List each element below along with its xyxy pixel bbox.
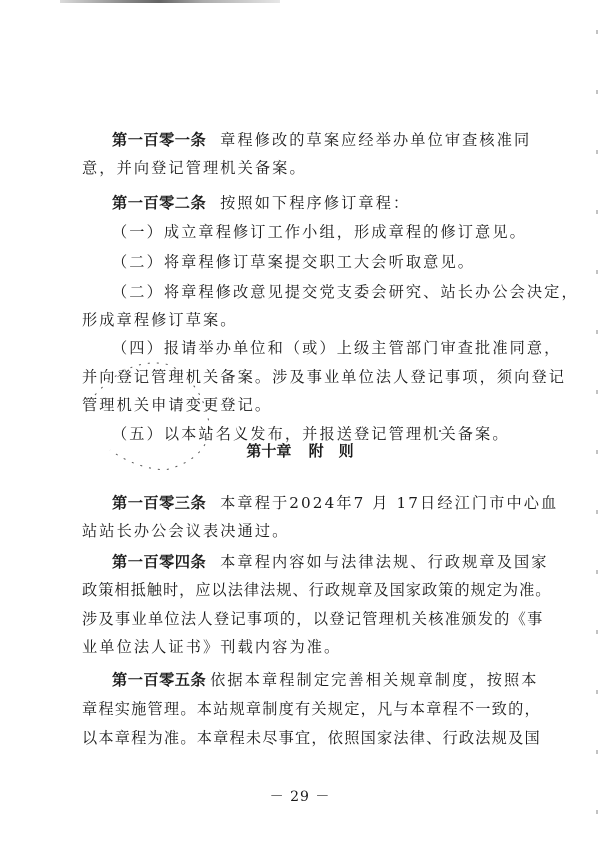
chapter-title: 附 则 xyxy=(309,442,354,460)
article-text: 依据本章程制定完善相关规章制度，按照本 xyxy=(210,671,538,689)
chapter-heading: 第十章 附 则 xyxy=(0,440,600,461)
article-101: 第一百零一条章程修改的草案应经举办单位审查核准同 xyxy=(0,130,600,150)
article-104: 第一百零四条本章程内容如与法律法规、行政规章及国家 xyxy=(0,552,600,572)
list-item-cont: 并向登记管理机关备案。涉及事业单位法人登记事项，须向登记 xyxy=(0,367,600,387)
article-text: 按照如下程序修订章程： xyxy=(220,194,410,212)
article-104-cont: 涉及事业单位法人登记事项的，以登记管理机关核准颁发的《事 xyxy=(0,609,600,629)
article-label: 第一百零三条 xyxy=(112,494,206,512)
article-text: 本章程内容如与法律法规、行政规章及国家 xyxy=(220,553,548,571)
article-label: 第一百零一条 xyxy=(112,131,206,149)
list-item: （二）将章程修改意见提交党支委会研究、站长办公会决定， xyxy=(0,282,600,302)
article-label: 第一百零四条 xyxy=(112,553,206,571)
article-label: 第一百零二条 xyxy=(112,194,206,212)
article-text: 本章程于2024年7 月 17日经江门市中心血 xyxy=(220,494,558,512)
list-item: （四）报请举办单位和（或）上级主管部门审查批准同意， xyxy=(0,338,600,358)
article-101-cont: 意，并向登记管理机关备案。 xyxy=(0,158,600,178)
article-105-cont: 以本章程为准。本章程未尽事宜，依照国家法律、行政法规及国 xyxy=(0,728,600,748)
article-103: 第一百零三条本章程于2024年7 月 17日经江门市中心血 xyxy=(0,493,600,513)
scan-artifact-top xyxy=(60,0,280,3)
list-item-cont: 管理机关申请变更登记。 xyxy=(0,395,600,415)
article-label: 第一百零五条 xyxy=(112,671,206,689)
article-105-cont: 章程实施管理。本站规章制度有关规定，凡与本章程不一致的， xyxy=(0,699,600,719)
chapter-number: 第十章 xyxy=(246,442,291,460)
article-104-cont: 政策相抵触时，应以法律法规、行政规章及国家政策的规定为准。 xyxy=(0,580,600,600)
list-item-cont: 形成章程修订草案。 xyxy=(0,310,600,330)
article-105: 第一百零五条依据本章程制定完善相关规章制度，按照本 xyxy=(0,670,600,690)
list-item: （二）将章程修订草案提交职工大会听取意见。 xyxy=(0,252,600,272)
article-103-cont: 站站长办公会议表决通过。 xyxy=(0,521,600,541)
page-number: － 29 － xyxy=(0,786,600,806)
article-text: 章程修改的草案应经举办单位审查核准同 xyxy=(220,131,531,149)
article-102: 第一百零二条按照如下程序修订章程： xyxy=(0,193,600,213)
article-104-cont: 业单位法人证书》刊载内容为准。 xyxy=(0,637,600,657)
list-item: （一）成立章程修订工作小组，形成章程的修订意见。 xyxy=(0,222,600,242)
